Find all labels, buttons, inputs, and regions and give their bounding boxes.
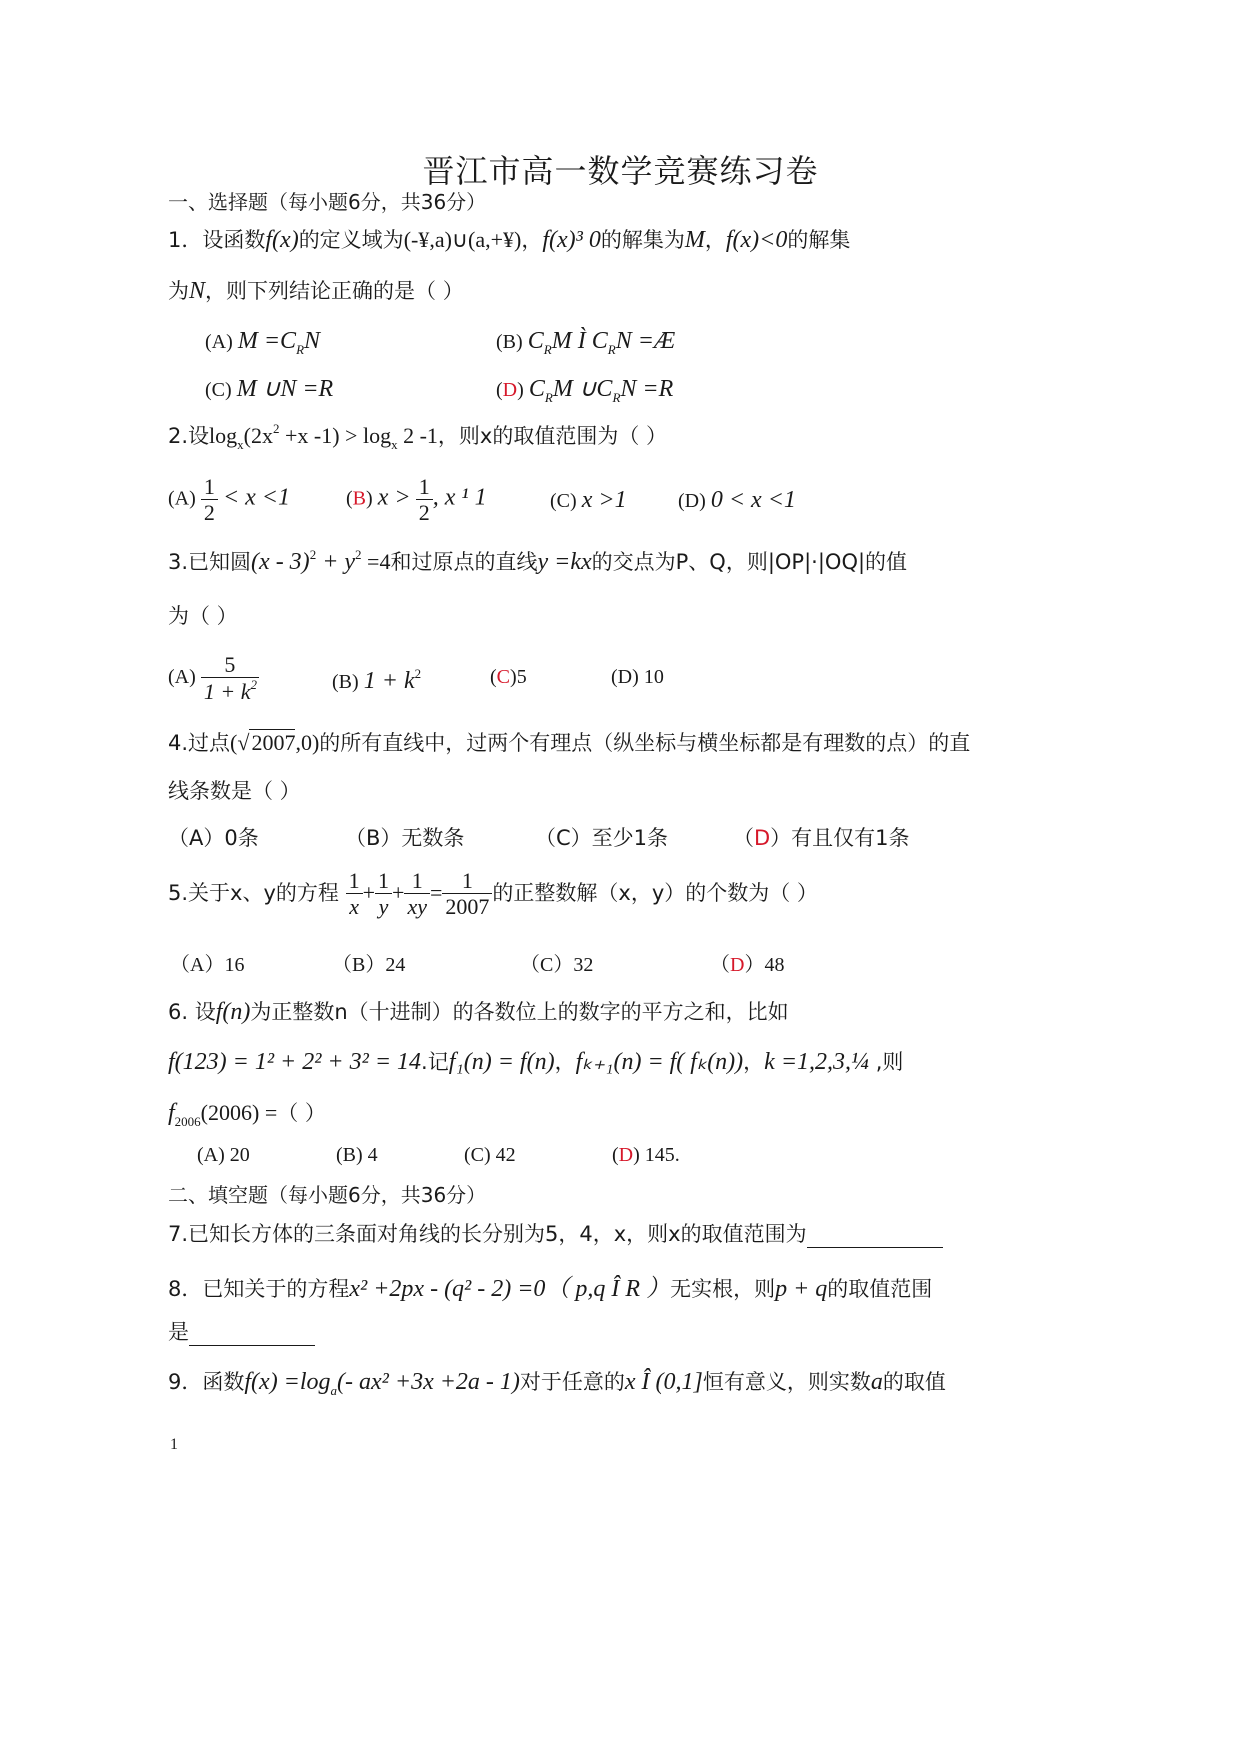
answer-blank[interactable] <box>807 1225 943 1248</box>
question-2-option-a: (A) 12 < x <1 <box>168 474 290 526</box>
answer-marker: （D） <box>733 826 791 850</box>
question-2-option-d: (D) 0 < x <1 <box>678 487 796 514</box>
answer-marker: (C) <box>490 666 517 688</box>
question-4-option-a: （A）0条 <box>168 822 259 852</box>
fraction: 51 + k2 <box>201 652 259 705</box>
section-heading-fill-in: 二、填空题（每小题6分，共36分） <box>168 1179 486 1208</box>
question-1-line-1: 1．设函数f(x)的定义域为(-¥,a)∪(a,+¥)，f(x)³ 0的解集为M… <box>168 224 850 254</box>
fraction: 1y <box>375 868 392 920</box>
question-9: 9．函数f(x) =loga(- ax² +3x +2a - 1)对于任意的x … <box>168 1366 946 1399</box>
answer-blank[interactable] <box>189 1323 315 1346</box>
question-5-stem: 5.关于x、y的方程 1x+1y+1xy=12007的正整数解（x，y）的个数为… <box>168 868 818 920</box>
question-1-option-a: (A) M =CRN <box>205 328 320 358</box>
answer-marker: (D) <box>612 1144 640 1166</box>
answer-marker: (B) <box>346 487 373 509</box>
fraction: 12007 <box>442 868 492 920</box>
fraction: 12 <box>416 474 433 526</box>
question-3-option-d: (D) 10 <box>611 666 664 689</box>
question-8-line-1: 8．已知关于的方程x² +2px - (q² - 2) =0（ p,q Î R … <box>168 1268 932 1303</box>
question-2-option-c: (C) x >1 <box>550 487 627 514</box>
page-number: 1 <box>170 1436 178 1454</box>
question-5-option-c: （C）32 <box>520 948 593 977</box>
fraction: 1xy <box>404 868 430 920</box>
question-5-option-a: （A）16 <box>170 948 244 977</box>
question-8-line-2: 是 <box>168 1316 315 1346</box>
question-2-stem: 2.设logx(2x2 +x -1) > logx 2 -1，则x的取值范围为（… <box>168 420 667 453</box>
question-4-option-c: （C）至少1条 <box>535 822 668 852</box>
question-6-line-3: f2006(2006) =（ ） <box>168 1097 326 1130</box>
section-heading-choice: 一、选择题（每小题6分，共36分） <box>168 186 486 215</box>
question-3-line-2: 为（ ） <box>168 600 238 630</box>
question-1-option-b: (B) CRM Ì CRN =Æ <box>496 328 675 358</box>
question-4-line-2: 线条数是（ ） <box>168 775 301 805</box>
question-3-option-c-correct: (C)5 <box>490 666 527 689</box>
question-3-line-1: 3.已知圆(x - 3)2 + y2 =4和过原点的直线y =kx的交点为P、Q… <box>168 546 907 576</box>
answer-marker: (D) <box>496 379 524 401</box>
question-6-option-b: (B) 4 <box>336 1144 378 1167</box>
question-6-line-1: 6. 设f(n)为正整数n（十进制）的各数位上的数字的平方之和，比如 <box>168 996 789 1026</box>
fraction: 1x <box>346 868 363 920</box>
answer-marker: （D） <box>710 954 764 976</box>
question-2-option-b-correct: (B) x > 12, x ¹ 1 <box>346 474 487 526</box>
question-1-option-c: (C) M ∪N =R <box>205 374 333 403</box>
question-6-option-a: (A) 20 <box>197 1144 250 1167</box>
question-5-option-d-correct: （D）48 <box>710 948 784 977</box>
question-6-option-d-correct: (D) 145. <box>612 1144 680 1167</box>
question-7: 7.已知长方体的三条面对角线的长分别为5，4，x，则x的取值范围为 <box>168 1218 943 1248</box>
question-6-option-c: (C) 42 <box>464 1144 516 1167</box>
question-4-option-d-correct: （D）有且仅有1条 <box>733 822 910 852</box>
question-3-option-a: (A) 51 + k2 <box>168 652 259 705</box>
exam-page: 晋江市高一数学竞赛练习卷 一、选择题（每小题6分，共36分） 1．设函数f(x)… <box>0 0 1241 1754</box>
question-3-option-b: (B) 1 + k2 <box>332 666 421 695</box>
question-4-option-b: （B）无数条 <box>345 822 464 852</box>
question-4-line-1: 4.过点(√2007,0)的所有直线中，过两个有理点（纵坐标与横坐标都是有理数的… <box>168 727 970 757</box>
fraction: 12 <box>201 474 218 526</box>
question-6-line-2: f(123) = 1² + 2² + 3² = 14.记f₁(n) = f(n)… <box>168 1046 903 1076</box>
question-5-option-b: （B）24 <box>332 948 405 977</box>
question-1-line-2: 为N，则下列结论正确的是（ ） <box>168 275 464 305</box>
question-1-option-d-correct: (D) CRM ∪CRN =R <box>496 374 673 406</box>
